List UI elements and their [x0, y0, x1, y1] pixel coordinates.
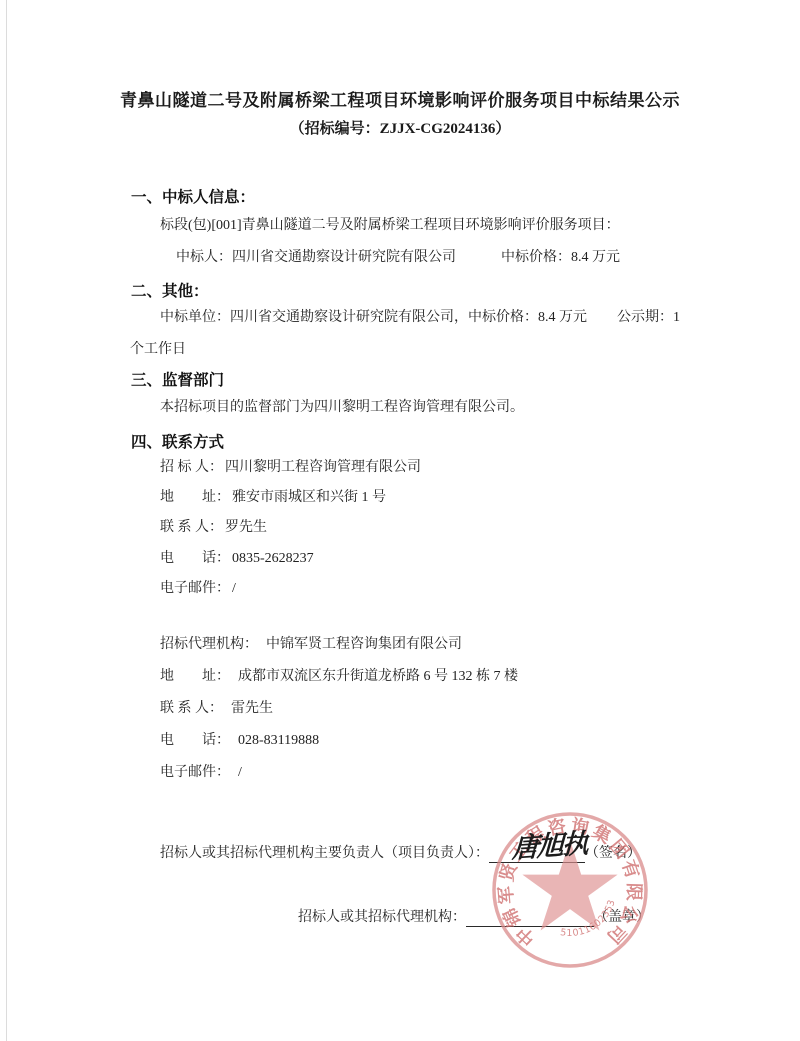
tenderer-row-contact: 联 系 人：罗先生: [160, 520, 267, 537]
section1-winner-line: 中标人：四川省交通勘察设计研究院有限公司中标价格：8.4 万元: [176, 250, 620, 267]
handwritten-signature: 唐旭执: [511, 821, 587, 865]
section2-line1: 中标单位：四川省交通勘察设计研究院有限公司，中标价格：8.4 万元公示期：1: [160, 310, 680, 327]
row-value: 028-83119888: [238, 733, 319, 748]
row-value: /: [232, 581, 236, 596]
row-value: 0835-2628237: [232, 551, 314, 566]
tenderer-row-email: 电子邮件：/: [160, 581, 236, 598]
seal-line-label: 招标人或其招标代理机构：: [298, 910, 466, 927]
row-label: 招标代理机构：: [160, 637, 258, 652]
row-label: 地 址：: [160, 490, 230, 505]
section1-lot-line: 标段(包)[001]青鼻山隧道二号及附属桥梁工程项目环境影响评价服务项目：: [160, 218, 620, 235]
section1-heading: 一、中标人信息：: [131, 185, 255, 207]
row-value: 四川黎明工程咨询管理有限公司: [225, 460, 421, 475]
row-value: 雅安市雨城区和兴街 1 号: [232, 490, 386, 505]
row-value: 成都市双流区东升街道龙桥路 6 号 132 栋 7 楼: [238, 669, 518, 684]
row-value: 中锦军贤工程咨询集团有限公司: [266, 637, 462, 652]
row-label: 联 系 人：: [160, 520, 223, 535]
row-label: 电 话：: [160, 733, 230, 748]
bid-number-line: （招标编号：ZJJX-CG2024136）: [0, 117, 800, 138]
agency-row-contact: 联 系 人：雷先生: [160, 701, 273, 718]
row-label: 联 系 人：: [160, 701, 223, 716]
publicity-period: 公示期：1: [617, 310, 680, 325]
row-value: 雷先生: [231, 701, 273, 716]
other-winner-price: 中标单位：四川省交通勘察设计研究院有限公司，中标价格：8.4 万元: [160, 310, 587, 325]
section3-heading: 三、监督部门: [131, 368, 224, 390]
winner-price: 中标价格：8.4 万元: [501, 250, 620, 265]
section2-line2: 个工作日: [130, 342, 186, 359]
section3-body: 本招标项目的监督部门为四川黎明工程咨询管理有限公司。: [160, 400, 524, 417]
row-value: 罗先生: [225, 520, 267, 535]
tenderer-row-address: 地 址：雅安市雨城区和兴街 1 号: [160, 490, 386, 507]
agency-row-email: 电子邮件：/: [160, 765, 242, 782]
agency-row-name: 招标代理机构：中锦军贤工程咨询集团有限公司: [160, 637, 462, 654]
section2-heading: 二、其他：: [131, 279, 209, 301]
section4-heading: 四、联系方式: [131, 430, 224, 452]
row-label: 地 址：: [160, 669, 230, 684]
row-value: /: [238, 765, 242, 780]
tenderer-row-phone: 电 话：0835-2628237: [160, 551, 314, 568]
row-label: 电子邮件：: [160, 765, 230, 780]
row-label: 招 标 人：: [160, 460, 223, 475]
scanned-document-page: 青鼻山隧道二号及附属桥梁工程项目环境影响评价服务项目中标结果公示 （招标编号：Z…: [0, 0, 800, 1041]
row-label: 电 话：: [160, 551, 230, 566]
document-title: 青鼻山隧道二号及附属桥梁工程项目环境影响评价服务项目中标结果公示: [0, 86, 800, 111]
row-label: 电子邮件：: [160, 581, 230, 596]
agency-row-address: 地 址：成都市双流区东升街道龙桥路 6 号 132 栋 7 楼: [160, 669, 518, 686]
winner-name: 中标人：四川省交通勘察设计研究院有限公司: [176, 250, 456, 265]
tenderer-row-name: 招 标 人：四川黎明工程咨询管理有限公司: [160, 460, 421, 477]
sign-line-label: 招标人或其招标代理机构主要负责人（项目负责人）：: [160, 846, 489, 863]
red-company-seal-stamp: 中锦军贤工程咨询集团有限公司 51011602353: [470, 786, 670, 986]
page-edge-line: [6, 0, 7, 1041]
agency-row-phone: 电 话：028-83119888: [160, 733, 319, 750]
